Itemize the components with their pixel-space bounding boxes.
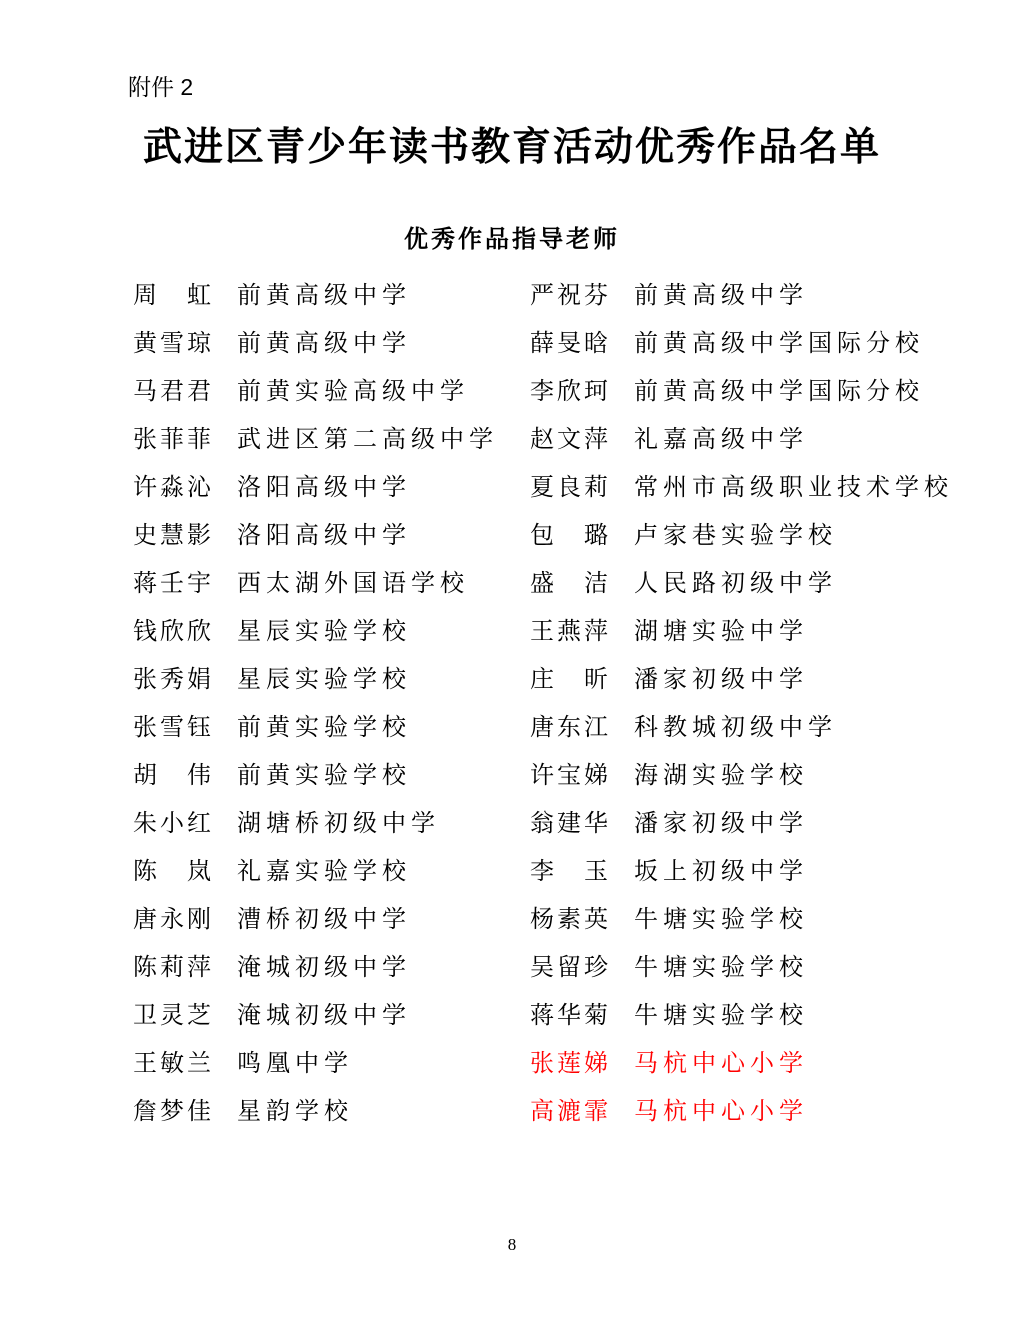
teacher-school: 洛阳高级中学	[237, 515, 411, 550]
teacher-name: 包 璐	[530, 515, 612, 550]
teacher-name: 吴留珍	[530, 947, 612, 982]
teacher-name: 薛旻晗	[530, 323, 612, 358]
teacher-name: 庄 昕	[530, 659, 612, 694]
teacher-school: 牛塘实验学校	[634, 947, 808, 982]
teacher-row: 盛 洁人民路初级中学	[530, 556, 1004, 604]
teacher-row: 夏良莉常州市高级职业技术学校	[530, 460, 1004, 508]
teacher-name: 李 玉	[530, 851, 612, 886]
teacher-name: 陈 岚	[133, 851, 215, 886]
teacher-name: 朱小红	[133, 803, 215, 838]
teacher-row: 周 虹前黄高级中学	[133, 268, 530, 316]
teacher-name: 王燕萍	[530, 611, 612, 646]
teacher-school: 洛阳高级中学	[237, 467, 411, 502]
teacher-row: 李 玉坂上初级中学	[530, 844, 1004, 892]
teacher-name: 唐东江	[530, 707, 612, 742]
page-title: 武进区青少年读书教育活动优秀作品名单	[0, 116, 1024, 172]
teacher-school: 鸣凰中学	[237, 1043, 353, 1078]
teacher-name: 蒋壬宇	[133, 563, 215, 598]
teacher-school: 牛塘实验学校	[634, 899, 808, 934]
teacher-row: 包 璐卢家巷实验学校	[530, 508, 1004, 556]
teacher-row: 卫灵芝淹城初级中学	[133, 988, 530, 1036]
teacher-name: 陈莉萍	[133, 947, 215, 982]
teacher-school: 淹城初级中学	[237, 947, 411, 982]
teacher-row: 钱欣欣星辰实验学校	[133, 604, 530, 652]
teacher-name: 杨素英	[530, 899, 612, 934]
teacher-name: 周 虹	[133, 275, 215, 310]
section-heading: 优秀作品指导老师	[0, 219, 1024, 254]
teacher-school: 西太湖外国语学校	[237, 563, 469, 598]
teacher-school: 前黄实验学校	[237, 755, 411, 790]
teacher-name: 卫灵芝	[133, 995, 215, 1030]
teacher-name: 许淼沁	[133, 467, 215, 502]
teacher-name: 盛 洁	[530, 563, 612, 598]
teacher-name: 马君君	[133, 371, 215, 406]
teacher-school: 牛塘实验学校	[634, 995, 808, 1030]
teacher-school: 礼嘉实验学校	[237, 851, 411, 886]
teacher-name: 张菲菲	[133, 419, 215, 454]
document-page: 附件 2 武进区青少年读书教育活动优秀作品名单 优秀作品指导老师 周 虹前黄高级…	[0, 0, 1024, 1340]
teacher-row: 张雪钰前黄实验学校	[133, 700, 530, 748]
teacher-row: 高漉霏马杭中心小学	[530, 1084, 1004, 1132]
teacher-row: 翁建华潘家初级中学	[530, 796, 1004, 844]
teacher-school: 武进区第二高级中学	[237, 419, 498, 454]
teacher-school: 前黄高级中学	[634, 275, 808, 310]
teacher-column-left: 周 虹前黄高级中学黄雪琼前黄高级中学马君君前黄实验高级中学张菲菲武进区第二高级中…	[133, 268, 530, 1132]
teacher-school: 星韵学校	[237, 1091, 353, 1126]
teacher-row: 陈莉萍淹城初级中学	[133, 940, 530, 988]
teacher-row: 王燕萍湖塘实验中学	[530, 604, 1004, 652]
teacher-name: 李欣珂	[530, 371, 612, 406]
teacher-row: 黄雪琼前黄高级中学	[133, 316, 530, 364]
teacher-name: 夏良莉	[530, 467, 612, 502]
teacher-school: 前黄实验学校	[237, 707, 411, 742]
teacher-row: 王敏兰鸣凰中学	[133, 1036, 530, 1084]
teacher-row: 张菲菲武进区第二高级中学	[133, 412, 530, 460]
teacher-school: 潘家初级中学	[634, 803, 808, 838]
teacher-name: 翁建华	[530, 803, 612, 838]
teacher-row: 蒋华菊牛塘实验学校	[530, 988, 1004, 1036]
teacher-row: 薛旻晗前黄高级中学国际分校	[530, 316, 1004, 364]
teacher-school: 潘家初级中学	[634, 659, 808, 694]
teacher-name: 蒋华菊	[530, 995, 612, 1030]
teacher-name: 黄雪琼	[133, 323, 215, 358]
teacher-name: 胡 伟	[133, 755, 215, 790]
teacher-row: 庄 昕潘家初级中学	[530, 652, 1004, 700]
teacher-row: 杨素英牛塘实验学校	[530, 892, 1004, 940]
teacher-row: 李欣珂前黄高级中学国际分校	[530, 364, 1004, 412]
teacher-name: 史慧影	[133, 515, 215, 550]
teacher-school: 人民路初级中学	[634, 563, 837, 598]
teacher-name: 唐永刚	[133, 899, 215, 934]
teacher-row: 唐东江科教城初级中学	[530, 700, 1004, 748]
teacher-school: 漕桥初级中学	[237, 899, 411, 934]
teacher-school: 湖塘实验中学	[634, 611, 808, 646]
teacher-school: 前黄高级中学国际分校	[634, 371, 924, 406]
teacher-school: 常州市高级职业技术学校	[634, 467, 953, 502]
teacher-name: 张秀娟	[133, 659, 215, 694]
teacher-name: 张莲娣	[530, 1043, 612, 1078]
teacher-name: 高漉霏	[530, 1091, 612, 1126]
teacher-row: 赵文萍礼嘉高级中学	[530, 412, 1004, 460]
teacher-row: 严祝芬前黄高级中学	[530, 268, 1004, 316]
teacher-school: 星辰实验学校	[237, 611, 411, 646]
teacher-name: 王敏兰	[133, 1043, 215, 1078]
teacher-school: 卢家巷实验学校	[634, 515, 837, 550]
teacher-row: 唐永刚漕桥初级中学	[133, 892, 530, 940]
teacher-name: 赵文萍	[530, 419, 612, 454]
teacher-school: 前黄实验高级中学	[237, 371, 469, 406]
teacher-school: 前黄高级中学	[237, 275, 411, 310]
teacher-school: 星辰实验学校	[237, 659, 411, 694]
teacher-row: 张莲娣马杭中心小学	[530, 1036, 1004, 1084]
teacher-row: 张秀娟星辰实验学校	[133, 652, 530, 700]
teacher-row: 陈 岚礼嘉实验学校	[133, 844, 530, 892]
teacher-name: 严祝芬	[530, 275, 612, 310]
teacher-school: 湖塘桥初级中学	[237, 803, 440, 838]
teacher-school: 前黄高级中学国际分校	[634, 323, 924, 358]
teacher-row: 史慧影洛阳高级中学	[133, 508, 530, 556]
attachment-label: 附件 2	[128, 74, 193, 102]
page-number: 8	[0, 1235, 1024, 1255]
teacher-row: 许宝娣海湖实验学校	[530, 748, 1004, 796]
teacher-list: 周 虹前黄高级中学黄雪琼前黄高级中学马君君前黄实验高级中学张菲菲武进区第二高级中…	[133, 268, 1004, 1132]
teacher-row: 马君君前黄实验高级中学	[133, 364, 530, 412]
teacher-row: 许淼沁洛阳高级中学	[133, 460, 530, 508]
teacher-row: 蒋壬宇西太湖外国语学校	[133, 556, 530, 604]
teacher-school: 马杭中心小学	[634, 1091, 808, 1126]
teacher-school: 淹城初级中学	[237, 995, 411, 1030]
teacher-name: 许宝娣	[530, 755, 612, 790]
teacher-column-right: 严祝芬前黄高级中学薛旻晗前黄高级中学国际分校李欣珂前黄高级中学国际分校赵文萍礼嘉…	[530, 268, 1004, 1132]
teacher-row: 詹梦佳星韵学校	[133, 1084, 530, 1132]
teacher-school: 前黄高级中学	[237, 323, 411, 358]
teacher-school: 坂上初级中学	[634, 851, 808, 886]
teacher-row: 朱小红湖塘桥初级中学	[133, 796, 530, 844]
teacher-row: 吴留珍牛塘实验学校	[530, 940, 1004, 988]
teacher-school: 海湖实验学校	[634, 755, 808, 790]
teacher-school: 科教城初级中学	[634, 707, 837, 742]
teacher-name: 詹梦佳	[133, 1091, 215, 1126]
teacher-school: 礼嘉高级中学	[634, 419, 808, 454]
teacher-name: 钱欣欣	[133, 611, 215, 646]
teacher-name: 张雪钰	[133, 707, 215, 742]
teacher-row: 胡 伟前黄实验学校	[133, 748, 530, 796]
teacher-school: 马杭中心小学	[634, 1043, 808, 1078]
